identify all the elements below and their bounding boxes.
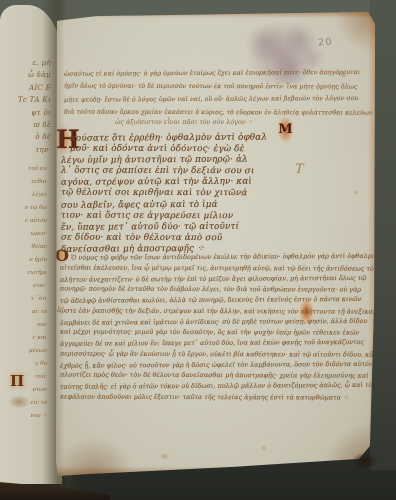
commentary-block-bottom: Ὁ νόμος τῷ φόβῳ τῶν ἴσων ἀντιδιδομένων ἐ… [60, 252, 320, 403]
text-fragment: νου ⁘ [3, 410, 47, 423]
commentary-line: ὥστε ἐὰν ῥαπισθῇς τὴν δεξιάν, στρέψον κα… [60, 305, 320, 317]
commentary-line: περισσότερος· ᾧ γὰρ ἂν ἑκούσιον ᾖ τὸ ἔργ… [60, 348, 320, 360]
foxing-spot [260, 445, 267, 451]
text-fragment: θείαϲ [3, 241, 47, 254]
lemma-line: σου λαβεῖν, ἄφες αὐτῷ καὶ τὸ ἱμά [61, 199, 306, 212]
initial-pi: Π [10, 372, 24, 390]
commentary-line: ὡσαύτως εἰ καὶ ὀμόσῃς· ὁ γὰρ ὀμνύων ἑτοί… [64, 66, 310, 81]
text-fragment: ϲωτῆρι [3, 267, 47, 280]
text-fragment: τ᾽ ὅτι [3, 293, 47, 306]
text-fragment: αϲ τὸ [3, 306, 47, 319]
marginal-letter-tau: Τ [295, 162, 304, 177]
text-fragment: εται· [3, 280, 47, 293]
text-fragment: ϲ καὶ [3, 332, 47, 345]
text-fragment: ν ἡμῖν [3, 254, 47, 267]
text-fragment: ϲ θυ [3, 358, 47, 371]
text-fragment: νοϲ [3, 319, 47, 332]
commentary-line: διὰ τοῦτο πᾶσαν ὅρκου χρείαν ἐκκόπτει ὁ … [64, 106, 310, 120]
text-fragment: λέγει [3, 189, 47, 202]
commentary-line: μήτε ψεύδῃ· ἔστω δὲ ὁ λόγος ὑμῶν ναὶ ναί… [64, 92, 310, 107]
commentary-line: κεφάλαιον ἀποδοῦναι μόλις ἔξεστιν· ταῦτα… [60, 391, 320, 403]
foxing-spot [160, 453, 169, 460]
commentary-block-top: ὡσαύτως εἰ καὶ ὀμόσῃς· ὁ γὰρ ὀμνύων ἑτοί… [64, 67, 310, 119]
manuscript-photo: ε. μὴὦ δὰμΑΙϹ ΕΤϲ ΤΑ Κιψτ ὃιϖ δὲὁ δὲτην·… [0, 0, 396, 500]
commentary-line: ἡμῖν ὅλως τὸ ὀμνύναι· τὸ δὲ περισσὸν τού… [64, 80, 310, 94]
recto-page: 20 ὡσαύτως εἰ καὶ ὀμόσῃς· ὁ γὰρ ὀμνύων ἑ… [56, 12, 376, 476]
text-fragment: τοῦ κυ [3, 163, 47, 176]
commentary-closing-line: ὡς ἀξιόπιστον εἶναι πᾶσι τὸν σὸν λόγον ⁘ [64, 119, 304, 126]
folio-number: 20 [318, 36, 334, 48]
lemma-line: τιον· καὶ ὅστις σε ἀγγαρεύσει μίλιον [61, 210, 306, 222]
commentary-line: αἰτεῖσθαι ἐκέλευσεν, ἵνα ᾧ μέτρῳ μετρεῖ … [60, 262, 320, 274]
foxing-spot [353, 190, 359, 195]
text-fragment: ν τῷ θω [3, 202, 47, 215]
book-cover-corner [352, 452, 378, 470]
text-fragment: ωμεν· [3, 228, 47, 241]
lemma-line: τῷ θέλοντί σοι κριθῆναι καὶ τὸν χιτῶνά [61, 188, 306, 200]
marginal-ornament-capital: Μ [277, 116, 294, 143]
text-fragment: ϲ αὐτόν [3, 215, 47, 228]
gospel-lemma-block: κούσατε ὅτι ἐρρέθη· ὀφθαλμὸν ἀντὶ ὀφθαλμ… [70, 133, 306, 255]
ink-blot [8, 395, 30, 409]
text-fragment: μένων [3, 345, 47, 358]
text-fragment: εϲθαι [3, 176, 47, 189]
